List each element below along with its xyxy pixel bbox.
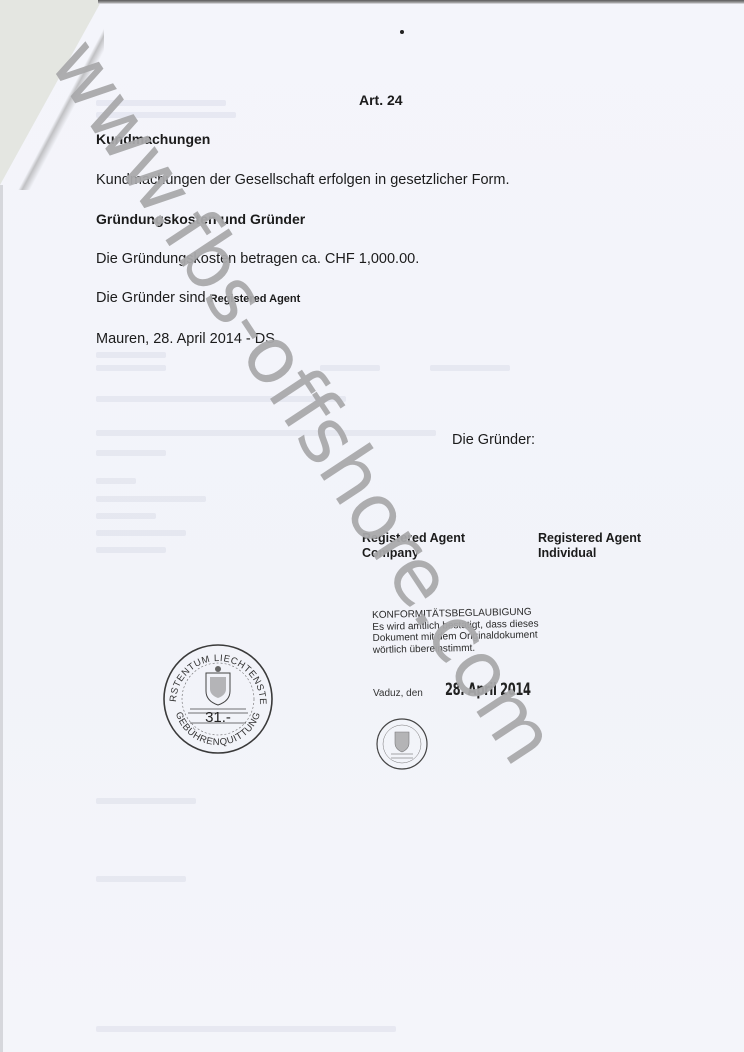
bleed-through-mark [320, 365, 380, 371]
bleed-through-mark [96, 530, 186, 536]
signatory-individual-line2: Individual [538, 546, 678, 561]
folded-corner-shadow [0, 0, 104, 190]
certification-stamp: KONFORMITÄTSBEGLAUBIGUNG Es wird amtlich… [372, 607, 539, 656]
section-body-kundmachungen: Kundmachungen der Gesellschaft erfolgen … [96, 172, 509, 189]
notary-seal-icon [376, 718, 428, 770]
bleed-through-mark [430, 365, 510, 371]
bleed-through-mark [96, 798, 196, 804]
page-left-edge [0, 185, 3, 1052]
certification-place-label: Vaduz, den [373, 688, 423, 699]
signatory-individual-line1: Registered Agent [538, 531, 678, 546]
signatory-company-line2: Company [362, 546, 502, 561]
watermark: www.fbs-offshore.com [0, 0, 744, 1052]
fee-receipt-seal-icon: FÜRSTENTUM LIECHTENSTEIN GEBÜHRENQUITTUN… [162, 643, 274, 755]
signatory-individual: Registered Agent Individual [538, 531, 678, 561]
bleed-through-mark [96, 1026, 396, 1032]
signatory-company-line1: Registered Agent [362, 531, 502, 546]
founders-statement: Die Gründer sind Registered Agent [96, 290, 300, 308]
bleed-through-mark [96, 352, 166, 358]
bleed-through-mark [96, 112, 236, 118]
signatory-company: Registered Agent Company [362, 531, 502, 561]
founders-label: Die Gründer: [452, 432, 535, 449]
section-heading-kundmachungen: Kundmachungen [96, 131, 210, 148]
article-number: Art. 24 [359, 92, 403, 109]
bleed-through-mark [96, 100, 226, 106]
bleed-through-mark [96, 365, 166, 371]
bleed-through-mark [96, 430, 436, 436]
section-heading-gruendungskosten: Gründungskosten und Gründer [96, 211, 305, 228]
page-top-edge [98, 0, 744, 4]
bleed-through-mark [96, 478, 136, 484]
ink-speck [400, 30, 404, 34]
place-and-date: Mauren, 28. April 2014 - DS [96, 331, 275, 348]
bleed-through-mark [96, 450, 166, 456]
founders-statement-prefix: Die Gründer sind [96, 290, 210, 306]
founders-statement-name: Registered Agent [210, 293, 301, 305]
bleed-through-mark [96, 496, 206, 502]
certification-stamped-date: 28. April 2014 [445, 680, 531, 700]
bleed-through-mark [96, 876, 186, 882]
scanned-document-page: Art. 24 Kundmachungen Kundmachungen der … [0, 0, 744, 1052]
bleed-through-mark [96, 396, 346, 402]
svg-text:31.-: 31.- [205, 709, 231, 726]
bleed-through-mark [96, 513, 156, 519]
bleed-through-mark [96, 547, 166, 553]
section-body-gruendungskosten: Die Gründungskosten betragen ca. CHF 1,0… [96, 251, 419, 268]
